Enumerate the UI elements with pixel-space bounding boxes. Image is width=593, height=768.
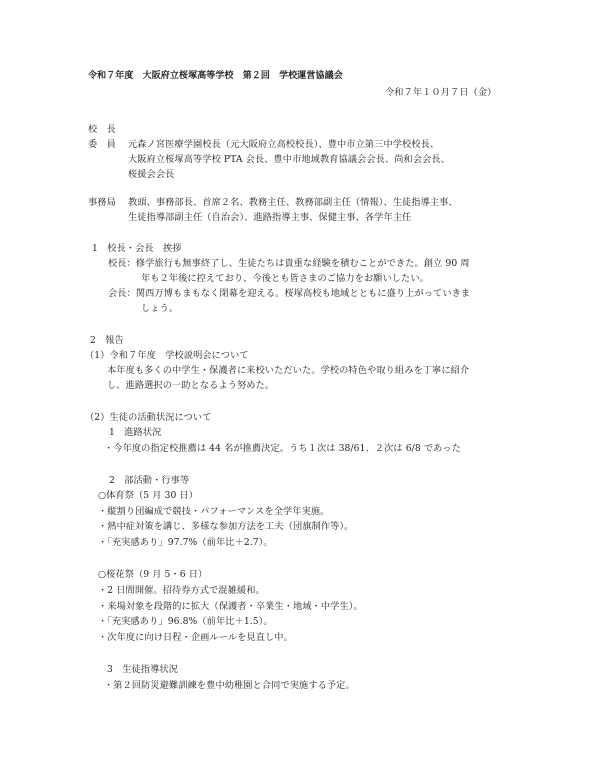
chair-remark: しょう。 [141, 303, 178, 315]
chair-remark: 会長：関西万博もまもなく閉幕を迎える。桜塚高校も地域とともに盛り上がっていきま [108, 288, 470, 300]
principal-remark: 校長：修学旅行も無事終了し、生徒たちは貴重な経験を積むことができた。創立 90 … [108, 258, 470, 270]
sub2-heading: （2）生徒の活動状況について [85, 412, 212, 424]
festival-item: ・来場対象を段階的に拡大（保護者・卒業生・地域・中学生）。 [98, 601, 363, 613]
secretariat-line: 教頭、事務部長、首席２名、教務主任、教務部副主任（情報）、生徒指導主事、 [128, 197, 458, 209]
sports-day-heading: ○体育祭（5 月 30 日） [98, 490, 198, 502]
secretariat-line: 生徒指導部副主任（自治会）、進路指導主事、保健主事、各学年主任 [128, 212, 411, 224]
guidance-item: ・第２回防災避難訓練を豊中幼稚園と合同で実施する予定。 [104, 680, 355, 692]
sports-day-item: ・「充実感あり」97.7%（前年比＋2.7）。 [98, 537, 273, 549]
principal-label: 校 長 [88, 124, 116, 136]
meeting-date: 令和７年１０月７日（金） [385, 87, 496, 99]
career-heading: 1 進路状況 [109, 427, 161, 439]
sports-day-item: ・縦割り団編成で競技・パフォーマンスを全学年実施。 [98, 506, 329, 518]
sub1-text: し、進路選択の一助となるよう努めた。 [107, 380, 274, 392]
document-title: 令和７年度 大阪府立桜塚高等学校 第２回 学校運営協議会 [88, 70, 343, 82]
members-line: 元森ノ宮医療学園校長（元大阪府立高校校長）、豊中市立第三中学校校長、 [128, 139, 439, 151]
festival-item: ・次年度に向け日程・企画ルールを見直し中。 [98, 632, 293, 644]
festival-item: ・「充実感あり」96.8%（前年比＋1.5）。 [98, 616, 273, 628]
sports-day-item: ・熱中症対策を講じ、多様な参加方法を工夫（団旗制作等）。 [98, 521, 353, 533]
members-label: 委 員 [88, 139, 116, 151]
festival-item: ・2 日間開催。招待券方式で混雑緩和。 [98, 585, 265, 597]
sub1-heading: （1）令和７年度 学校説明会について [85, 350, 249, 362]
guidance-heading: 3 生徒指導状況 [107, 664, 178, 676]
section1-heading: 1 校長・会長 挨拶 [92, 243, 182, 255]
clubs-heading: 2 部活動・行事等 [109, 475, 189, 487]
section2-heading: 2 報告 [90, 335, 124, 347]
secretariat-label: 事務局 [88, 197, 116, 209]
members-line: 大阪府立桜塚高等学校 PTA 会長、豊中市地域教育協議会会長、尚和会会長、 [128, 154, 450, 166]
sub1-text: 本年度も多くの中学生・保護者に来校いただいた。学校の特色や取り組みを丁寧に紹介 [107, 365, 469, 377]
career-text: ・今年度の指定校推薦は 44 名が推薦決定。うち１次は 38/61、２次は 6/… [104, 443, 461, 455]
festival-heading: ○桜花祭（9 月 5・6 日） [98, 569, 207, 581]
members-line: 桜援会会長 [128, 169, 174, 181]
principal-remark: 年も２年後に控えており、今後とも皆さまのご協力をお願いしたい。 [141, 273, 429, 285]
